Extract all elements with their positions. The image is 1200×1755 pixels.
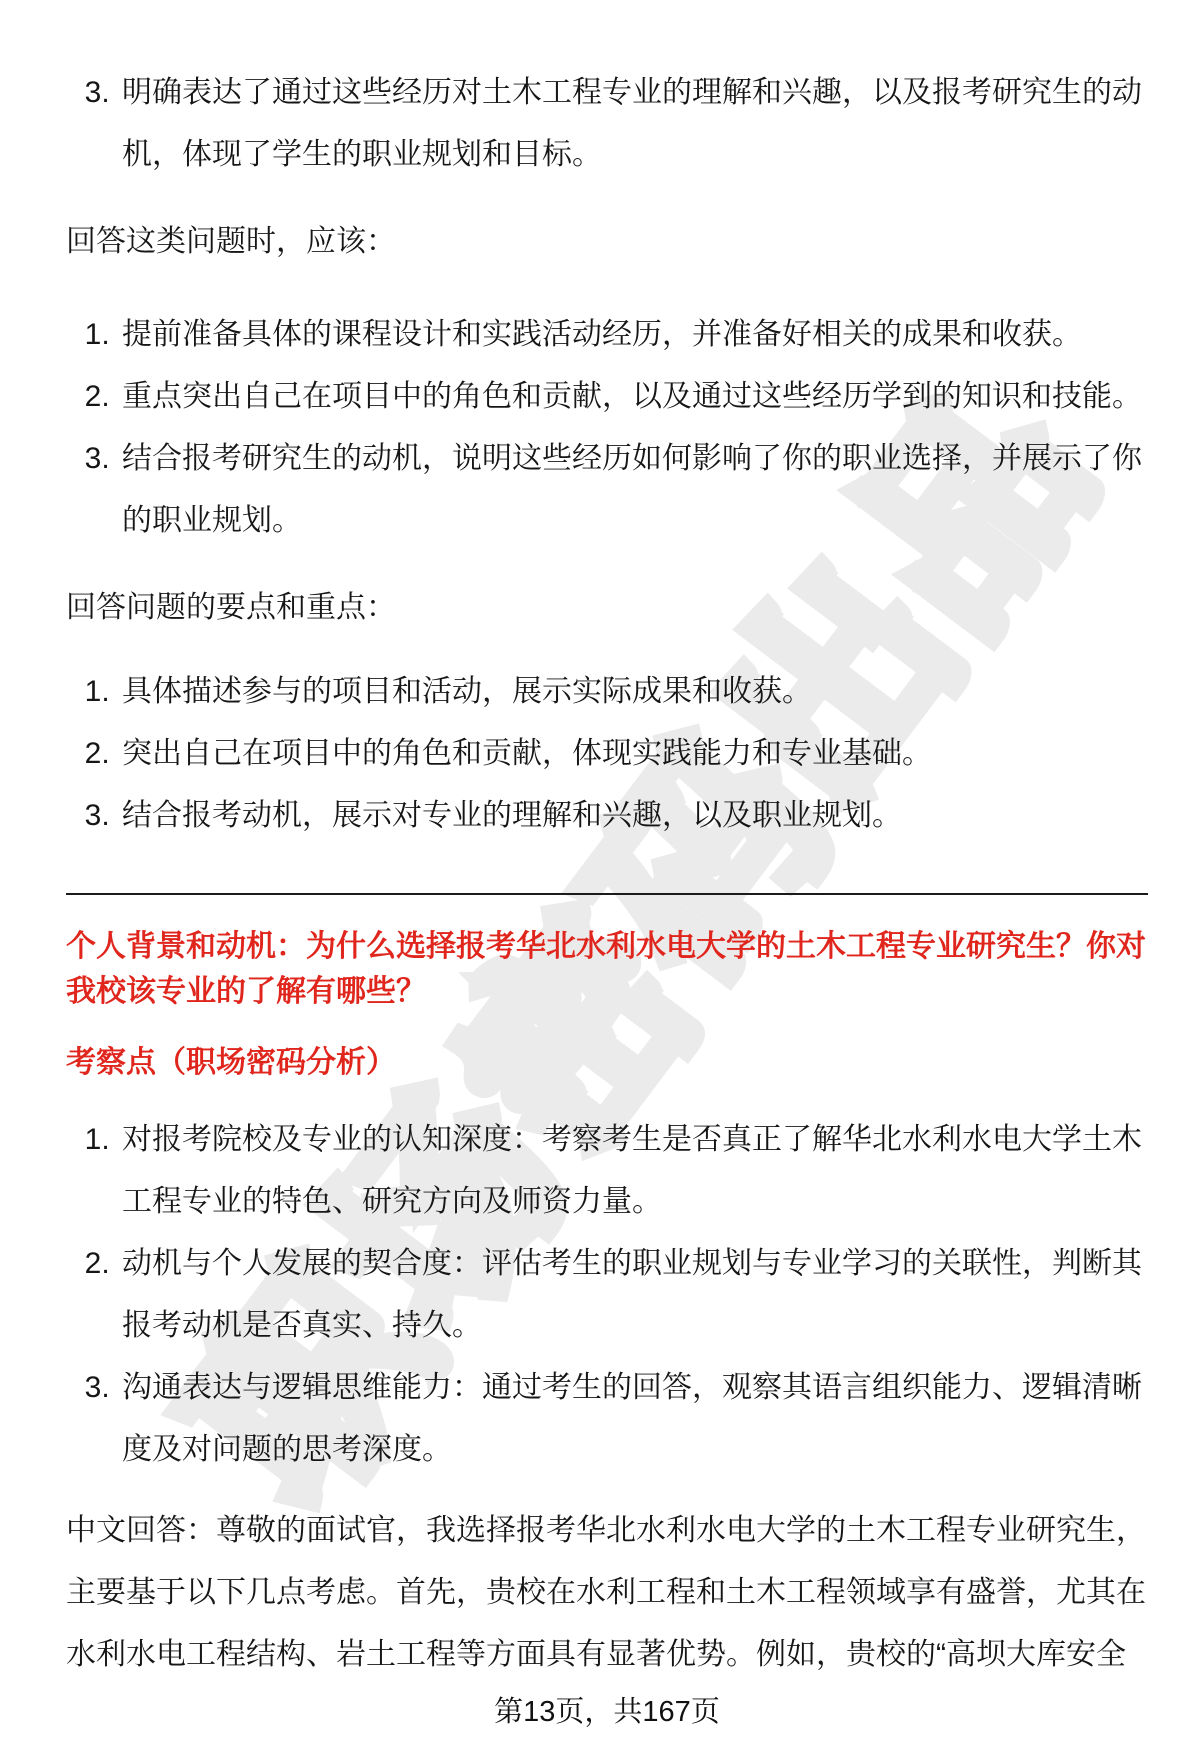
list-item: 重点突出自己在项目中的角色和贡献，以及通过这些经历学到的知识和技能。 (118, 366, 1148, 428)
question-heading-line2: 我校该专业的了解有哪些？ (66, 975, 426, 1008)
how-to-answer-intro-paragraph: 回答这类问题时，应该： (66, 211, 1148, 273)
key-points-intro-paragraph: 回答问题的要点和重点： (66, 577, 1148, 639)
list-item: 明确表达了通过这些经历对土木工程专业的理解和兴趣，以及报考研究生的动机，体现了学… (118, 62, 1148, 186)
section-divider (66, 893, 1148, 895)
list-item: 提前准备具体的课程设计和实践活动经历，并准备好相关的成果和收获。 (118, 304, 1148, 366)
answer-paragraph: 中文回答：尊敬的面试官，我选择报考华北水利水电大学的土木工程专业研究生，主要基于… (66, 1500, 1148, 1686)
key-points-list: 具体描述参与的项目和活动，展示实际成果和收获。突出自己在项目中的角色和贡献，体现… (66, 661, 1148, 847)
list-item: 结合报考研究生的动机，说明这些经历如何影响了你的职业选择，并展示了你的职业规划。 (118, 428, 1148, 552)
how-to-answer-list: 提前准备具体的课程设计和实践活动经历，并准备好相关的成果和收获。重点突出自己在项… (66, 304, 1148, 552)
document-page: 明确表达了通过这些经历对土木工程专业的理解和兴趣，以及报考研究生的动机，体现了学… (0, 0, 1200, 1732)
intro-numbered-list: 明确表达了通过这些经历对土木工程专业的理解和兴趣，以及报考研究生的动机，体现了学… (66, 62, 1148, 186)
page-footer: 第13页，共167页 (66, 1692, 1148, 1732)
assessment-list: 对报考院校及专业的认知深度：考察考生是否真正了解华北水利水电大学土木工程专业的特… (66, 1109, 1148, 1481)
list-item: 沟通表达与逻辑思维能力：通过考生的回答，观察其语言组织能力、逻辑清晰度及对问题的… (118, 1357, 1148, 1481)
list-item: 具体描述参与的项目和活动，展示实际成果和收获。 (118, 661, 1148, 723)
list-item: 对报考院校及专业的认知深度：考察考生是否真正了解华北水利水电大学土木工程专业的特… (118, 1109, 1148, 1233)
question-heading: 个人背景和动机：为什么选择报考华北水利水电大学的土木工程专业研究生？你对 我校该… (66, 924, 1148, 1014)
list-item: 突出自己在项目中的角色和贡献，体现实践能力和专业基础。 (118, 723, 1148, 785)
analysis-heading: 考察点（职场密码分析） (66, 1040, 1148, 1085)
list-item: 动机与个人发展的契合度：评估考生的职业规划与专业学习的关联性，判断其报考动机是否… (118, 1233, 1148, 1357)
list-item: 结合报考动机，展示对专业的理解和兴趣，以及职业规划。 (118, 785, 1148, 847)
question-heading-line1: 个人背景和动机：为什么选择报考华北水利水电大学的土木工程专业研究生？你对 (66, 930, 1146, 963)
